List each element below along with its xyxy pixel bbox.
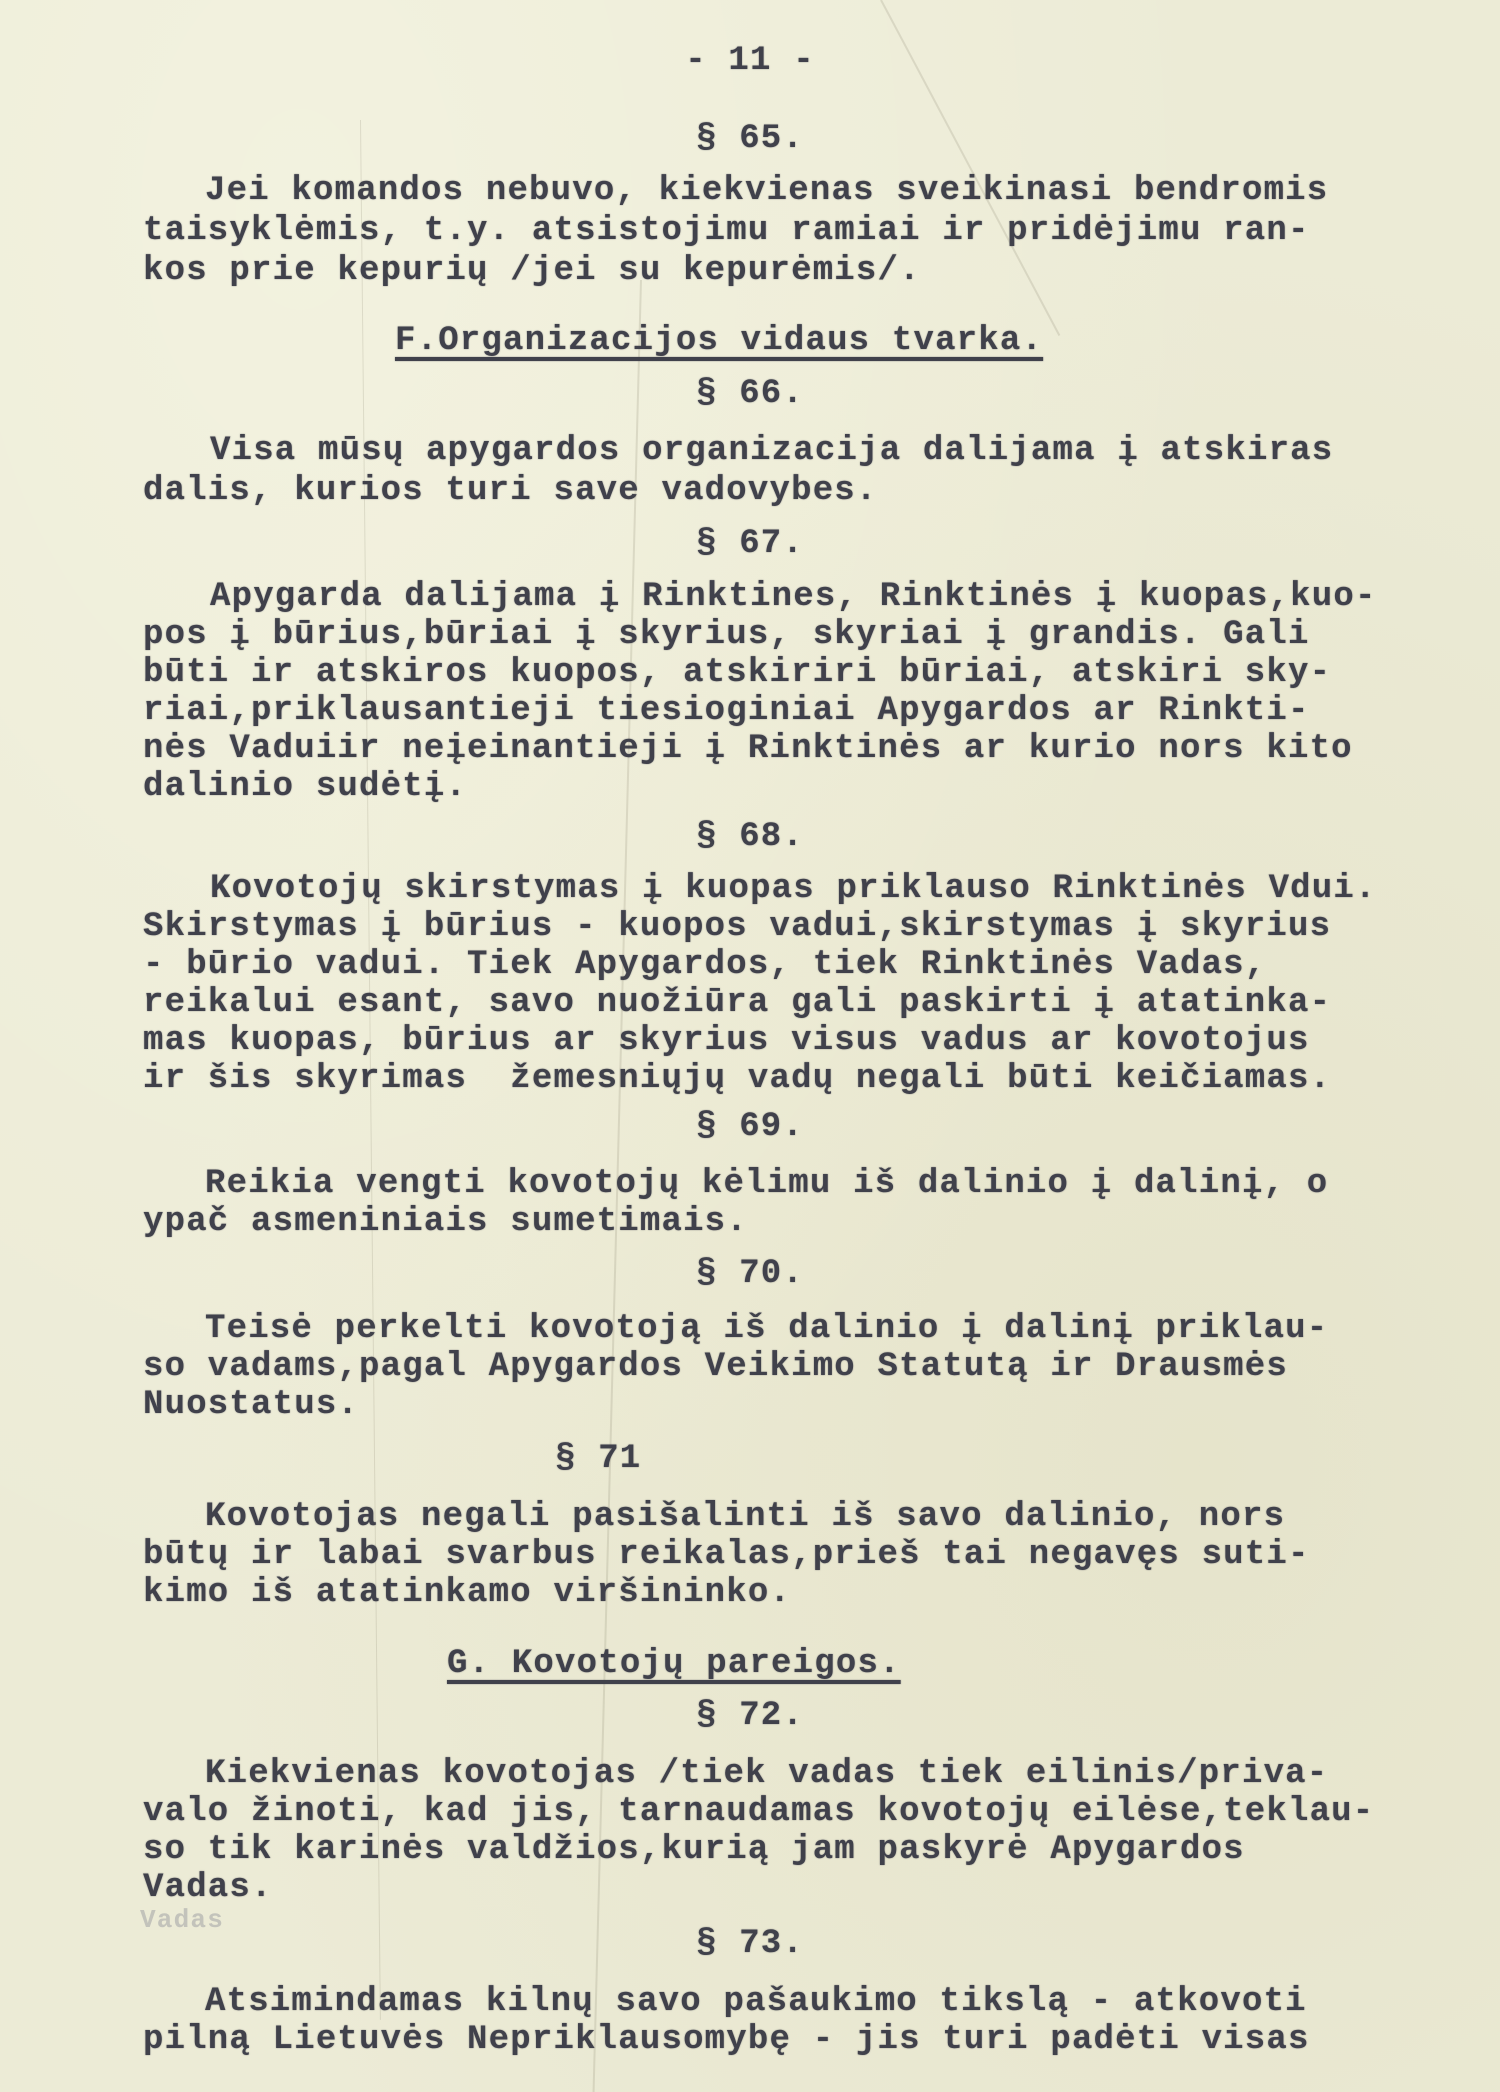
section-67: § 67.	[0, 525, 1500, 563]
paragraph-line: Teisė perkelti kovotoją iš dalinio į dal…	[205, 1310, 1328, 1348]
section-72: § 72.	[0, 1697, 1500, 1735]
paragraph-line: Vadas.	[143, 1869, 273, 1907]
paragraph-line: ir šis skyrimas žemesniųjų vadų negali b…	[143, 1060, 1331, 1098]
section-68: § 68.	[0, 818, 1500, 856]
paragraph-line: kimo iš atatinkamo viršininko.	[143, 1574, 791, 1612]
paragraph-line: Reikia vengti kovotojų kėlimu iš dalinio…	[205, 1165, 1328, 1203]
section-66: § 66.	[0, 375, 1500, 413]
paragraph-line: so vadams,pagal Apygardos Veikimo Statut…	[143, 1348, 1288, 1386]
paragraph-line: taisyklėmis, t.y. atsistojimu ramiai ir …	[143, 212, 1310, 250]
heading-g: G. Kovotojų pareigos.	[447, 1645, 901, 1683]
paragraph-line: pilną Lietuvės Nepriklausomybę - jis tur…	[143, 2021, 1310, 2059]
section-65: § 65.	[0, 120, 1500, 158]
paragraph-line: dalis, kurios turi save vadovybes.	[143, 472, 878, 510]
paragraph-line: Kovotojų skirstymas į kuopas priklauso R…	[210, 870, 1377, 908]
paragraph-line: reikalui esant, savo nuožiūra gali paski…	[143, 984, 1331, 1022]
paragraph-line: Kiekvienas kovotojas /tiek vadas tiek ei…	[205, 1755, 1328, 1793]
paragraph-line: Kovotojas negali pasišalinti iš savo dal…	[205, 1498, 1285, 1536]
paragraph-line: Jei komandos nebuvo, kiekvienas sveikina…	[205, 172, 1328, 210]
paragraph-line: - būrio vadui. Tiek Apygardos, tiek Rink…	[143, 946, 1266, 984]
paragraph-line: pos į būrius,būriai į skyrius, skyriai į…	[143, 616, 1310, 654]
heading-f: F.Organizacijos vidaus tvarka.	[395, 322, 1043, 360]
section-69: § 69.	[0, 1108, 1500, 1146]
paragraph-line: būti ir atskiros kuopos, atskiriri būria…	[143, 654, 1331, 692]
paragraph-line: dalinio sudėtį.	[143, 768, 467, 806]
section-70: § 70.	[0, 1255, 1500, 1293]
paragraph-line: mas kuopas, būrius ar skyrius visus vadu…	[143, 1022, 1310, 1060]
paragraph-line: Apygarda dalijama į Rinktines, Rinktinės…	[210, 578, 1377, 616]
typewritten-page: - 11 - § 65. Jei komandos nebuvo, kiekvi…	[0, 0, 1500, 2092]
section-73: § 73.	[0, 1925, 1500, 1963]
paragraph-line: Visa mūsų apygardos organizacija dalijam…	[210, 432, 1333, 470]
paragraph-line: ypač asmeniniais sumetimais.	[143, 1203, 748, 1241]
paragraph-line: būtų ir labai svarbus reikalas,prieš tai…	[143, 1536, 1310, 1574]
paragraph-line: kos prie kepurių /jei su kepurėmis/.	[143, 252, 921, 290]
section-71: § 71	[555, 1440, 641, 1478]
paragraph-line: Nuostatus.	[143, 1386, 359, 1424]
paragraph-line: Skirstymas į būrius - kuopos vadui,skirs…	[143, 908, 1331, 946]
paragraph-line: so tik karinės valdžios,kurią jam paskyr…	[143, 1831, 1245, 1869]
paragraph-line: nės Vaduiir neįeinantieji į Rinktinės ar…	[143, 730, 1353, 768]
paragraph-line: valo žinoti, kad jis, tarnaudamas kovoto…	[143, 1793, 1374, 1831]
paragraph-line: riai,priklausantieji tiesioginiai Apygar…	[143, 692, 1310, 730]
page-number: - 11 -	[0, 42, 1500, 80]
paragraph-line: Atsimindamas kilnų savo pašaukimo tikslą…	[205, 1983, 1307, 2021]
